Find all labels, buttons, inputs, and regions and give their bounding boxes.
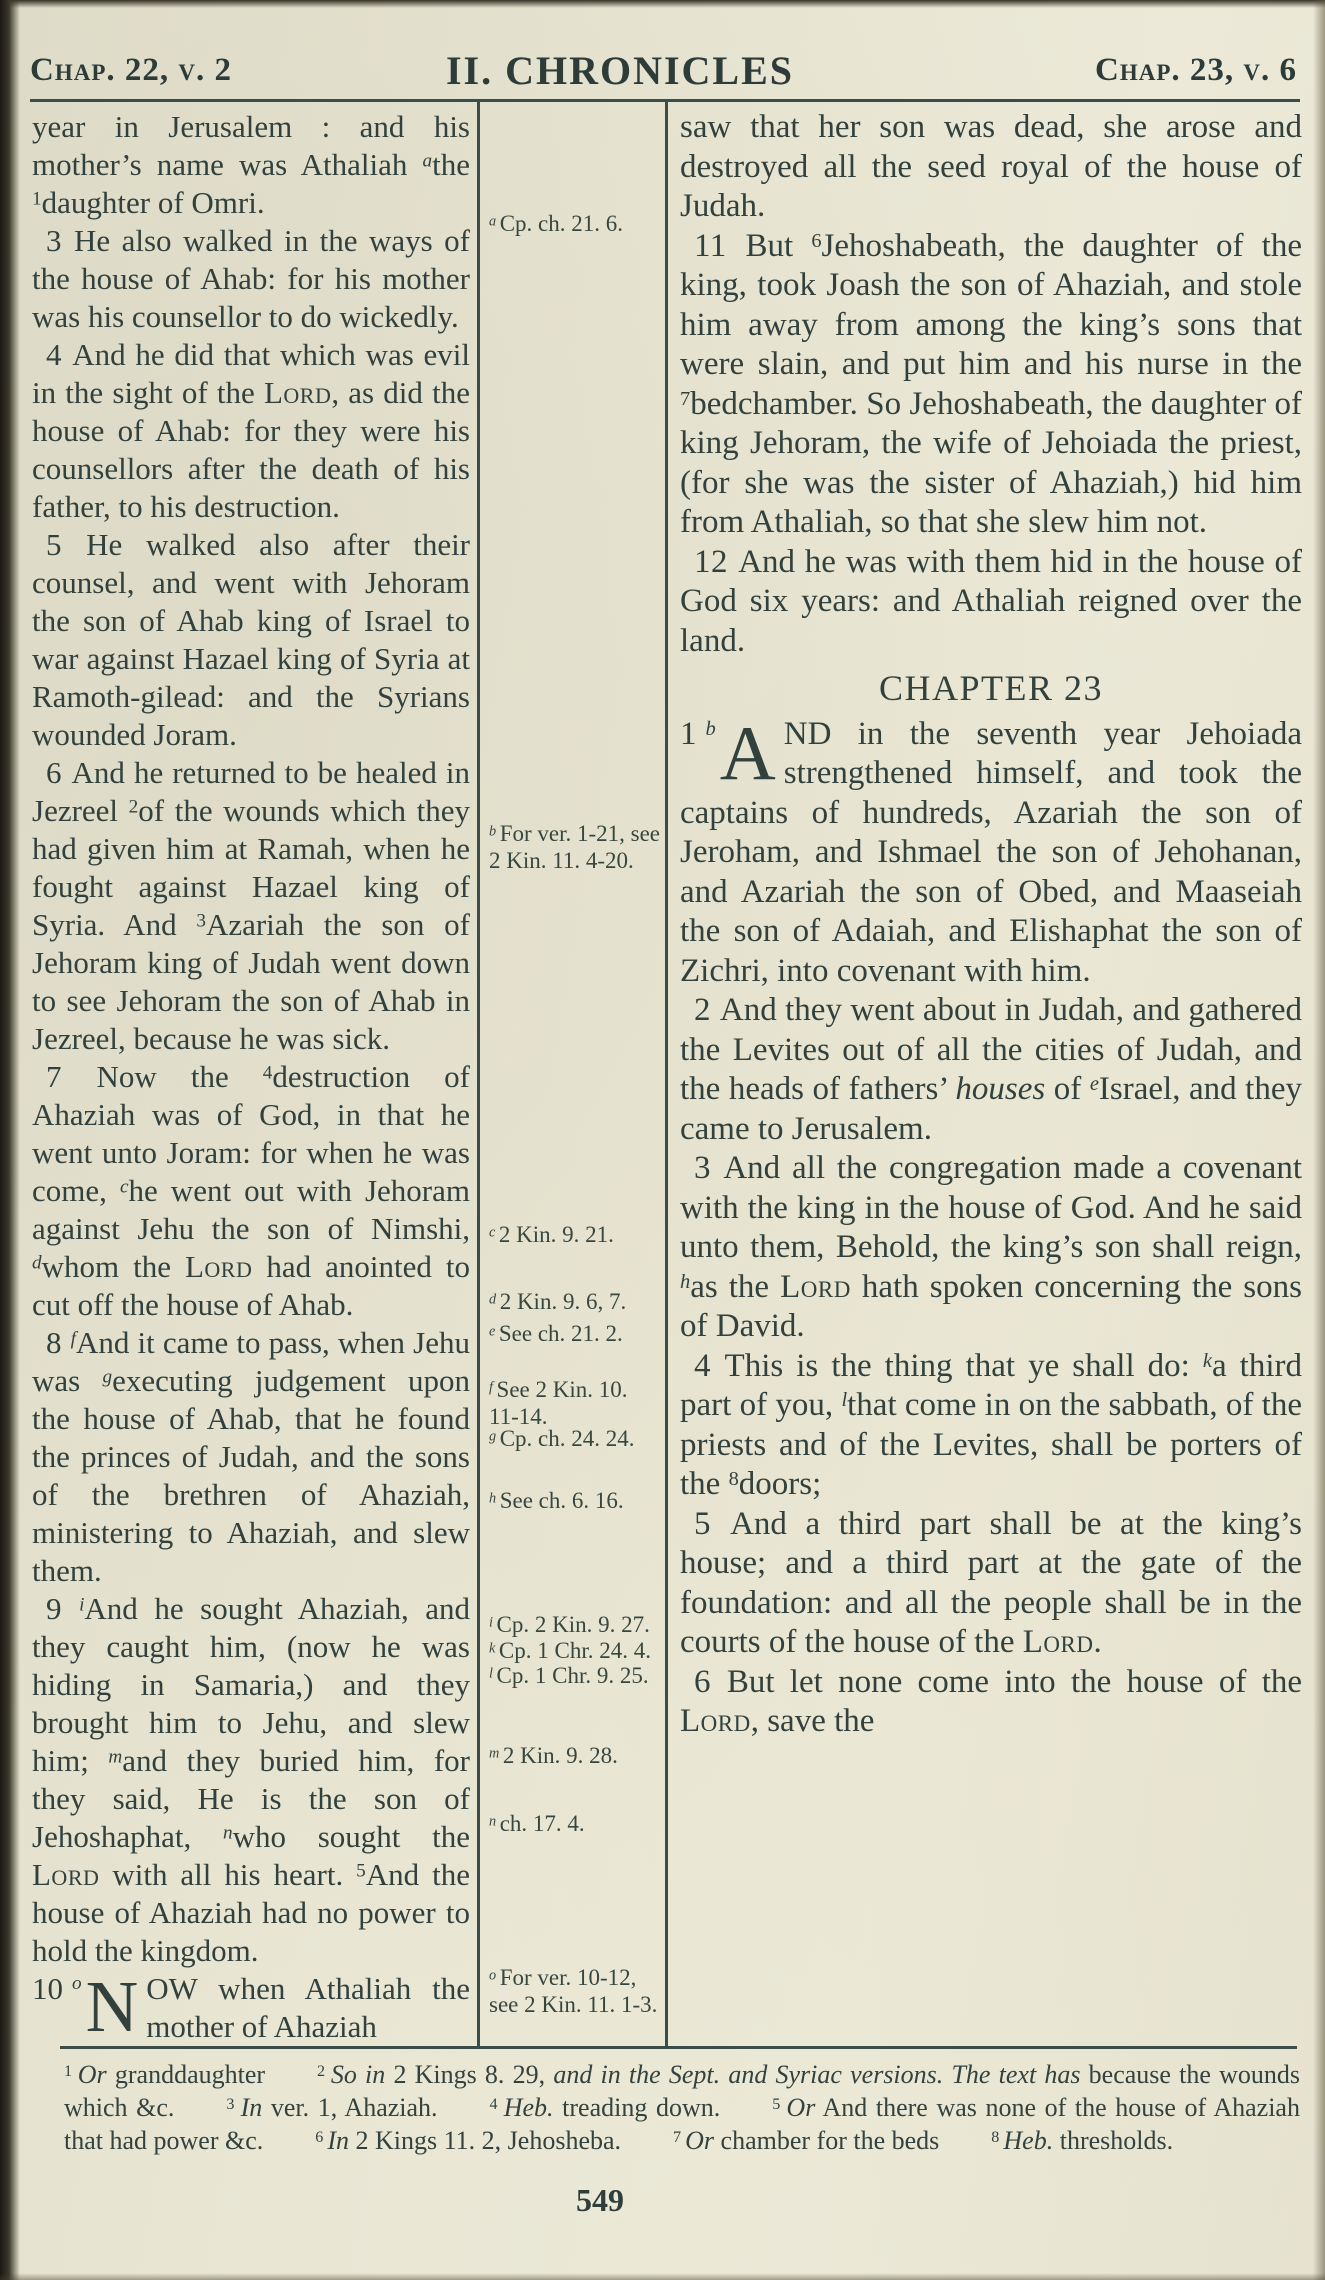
reference-marker: d [489,1291,500,1307]
scanned-bible-page: Chap. 22, v. 2 II. CHRONICLES Chap. 23, … [0,0,1325,2280]
verse-paragraph: 9 iAnd he sought Ahaziah, and they caugh… [32,1590,470,1970]
text-segment: This is the thing that ye shall do: [725,1348,1203,1384]
text-segment: 2 Kings 8. 29, [385,2060,553,2089]
page-number: 549 [0,2182,1200,2219]
reference-marker: o [489,1967,500,1983]
reference-text: 2 Kin. 9. 21. [499,1222,614,1247]
reference-text: 2 Kin. 9. 28. [503,1743,618,1768]
cross-reference: b For ver. 1-21, see 2 Kin. 11. 4-20. [489,820,661,874]
reference-marker: k [489,1640,499,1656]
reference-marker: e [489,1323,499,1339]
right-text-column: saw that her son was dead, she arose and… [680,108,1302,2046]
lord-small-caps: Lord [185,1249,252,1284]
verse-number: 3 [46,223,74,258]
book-title: II. CHRONICLES [320,47,920,94]
reference-marker: a [423,150,433,171]
lord-small-caps: Lord [780,1269,851,1305]
left-text-column: year in Jerusalem : and his mother’s nam… [32,108,470,2046]
running-head-right: Chap. 23, v. 6 [1095,52,1297,89]
reference-marker: g [489,1428,500,1444]
text-segment: And a third part shall be at the king’s … [680,1506,1302,1661]
reference-marker: m [108,1746,122,1767]
drop-cap: A [720,715,784,789]
text-segment: of [1045,1071,1090,1107]
verse-number: 8 [46,1325,71,1360]
reference-text: See 2 Kin. 10. 11-14. [489,1377,628,1429]
reference-text: Cp. 1 Chr. 9. 25. [497,1663,649,1688]
column-divider-right [665,102,668,2046]
verse-paragraph: 6 And he returned to be healed in Jezree… [32,754,470,1058]
text-segment: In [241,2093,263,2122]
reference-marker: n [489,1813,500,1829]
reference-marker: a [489,213,500,229]
verse-number: 11 [694,228,745,264]
cross-reference: n ch. 17. 4. [489,1810,661,1837]
verse-number: 10 [32,1970,63,2008]
verse-paragraph: 4 And he did that which was evil in the … [32,336,470,526]
verse-paragraph: 11 But 6Jehoshabeath, the daughter of th… [680,227,1302,543]
text-segment: chamber for the beds [714,2126,991,2155]
verse-paragraph: 7 Now the 4destruction of Ahaziah was of… [32,1058,470,1324]
cross-reference: o For ver. 10-12, see 2 Kin. 11. 1-3. [489,1964,661,2018]
cross-reference-column: a Cp. ch. 21. 6.b For ver. 1-21, see 2 K… [489,102,661,2046]
reference-marker: 1 [64,2063,78,2080]
reference-marker: d [32,1252,42,1273]
text-segment: 2 Kings 11. 2, Jehosheba. [349,2126,673,2155]
text-segment: Now the [97,1059,263,1094]
verse-number: 4 [694,1348,725,1384]
reference-marker: 3 [226,2096,240,2113]
reference-marker: 6 [315,2129,327,2146]
text-segment: OW when Athaliah the mother of Ahaziah [146,1971,470,2044]
cross-reference: a Cp. ch. 21. 6. [489,210,661,237]
text-segment: who sought the [233,1819,470,1854]
cross-reference: i Cp. 2 Kin. 9. 27. [489,1611,661,1638]
text-segment: And all the congregation made a covenant… [680,1150,1302,1265]
cross-reference: g Cp. ch. 24. 24. [489,1425,661,1452]
reference-text: Cp. ch. 24. 24. [500,1426,635,1451]
cross-reference: d 2 Kin. 9. 6, 7. [489,1288,661,1315]
text-segment: saw that her son was dead, she arose and… [680,109,1302,224]
reference-marker: f [489,1379,497,1395]
text-segment: as the [690,1269,780,1305]
verse-number: 7 [46,1059,97,1094]
text-segment: whom the [42,1249,185,1284]
verse-paragraph: 12 And he was with them hid in the house… [680,543,1302,662]
verse-number: 12 [694,544,738,580]
text-segment: Heb. [504,2093,554,2122]
reference-marker: 1 [32,188,42,209]
reference-marker: h [489,1490,500,1506]
cross-reference: f See 2 Kin. 10. 11-14. [489,1376,661,1430]
verse-number: 3 [694,1150,723,1186]
reference-marker: e [1090,1073,1099,1095]
text-segment: houses [955,1071,1045,1107]
reference-marker: g [102,1366,112,1387]
cross-reference: e See ch. 21. 2. [489,1320,661,1347]
verse-paragraph: 4 This is the thing that ye shall do: ka… [680,1347,1302,1505]
verse-paragraph: saw that her son was dead, she arose and… [680,108,1302,227]
reference-marker: k [1203,1349,1212,1371]
cross-reference: m 2 Kin. 9. 28. [489,1742,661,1769]
verse-number: 5 [694,1506,730,1542]
verse-number: 1 [680,715,697,755]
column-divider-left [477,102,480,2046]
reference-text: See ch. 21. 2. [499,1321,623,1346]
text-segment: ver. 1, Ahaziah. [262,2093,489,2122]
text-segment: year in Jerusalem : and his mother’s nam… [32,109,470,182]
verse-paragraph: 3 He also walked in the ways of the hous… [32,222,470,336]
text-segment: bedchamber. So Jehoshabeath, the daughte… [680,386,1302,541]
verse-paragraph: year in Jerusalem : and his mother’s nam… [32,108,470,222]
text-segment: and in the Sept. and Syriac versions. Th… [553,2060,1080,2089]
verse-number: 4 [46,337,72,372]
verse-paragraph: 5 And a third part shall be at the king’… [680,1505,1302,1663]
reference-marker: 8 [991,2129,1003,2146]
lord-small-caps: Lord [264,375,331,410]
reference-marker: i [489,1614,497,1630]
reference-marker: 3 [196,910,206,931]
reference-marker: b [489,823,500,839]
text-segment: He also walked in the ways of the house … [32,223,470,334]
reference-marker: 5 [772,2096,786,2113]
text-segment: Or [786,2093,815,2122]
cross-reference: l Cp. 1 Chr. 9. 25. [489,1662,661,1689]
reference-text: For ver. 10-12, see 2 Kin. 11. 1-3. [489,1965,657,2017]
reference-marker: 2 [317,2063,331,2080]
verse-paragraph: 3 And all the congregation made a covena… [680,1149,1302,1347]
reference-marker: c [489,1224,499,1240]
reference-marker: 7 [673,2129,685,2146]
text-segment: daughter of Omri. [42,185,265,220]
cross-reference: h See ch. 6. 16. [489,1487,661,1514]
text-segment: In [327,2126,349,2155]
text-segment: But [745,228,811,264]
reference-marker: n [223,1822,233,1843]
reference-marker: 8 [729,1468,739,1490]
reference-text: Cp. 1 Chr. 24. 4. [499,1638,651,1663]
text-segment: But let none come into the house of the [727,1664,1302,1700]
reference-marker: l [489,1665,497,1681]
verse-paragraph: 1bAND in the seventh year Jehoiada stren… [680,715,1302,992]
text-segment: So in [331,2060,385,2089]
reference-text: Cp. 2 Kin. 9. 27. [497,1612,650,1637]
verse-paragraph: 2 And they went about in Judah, and gath… [680,991,1302,1149]
page-right-edge-shadow [1313,0,1325,2280]
reference-marker: h [680,1270,690,1292]
reference-marker: 6 [811,229,821,251]
reference-marker: 4 [263,1062,273,1083]
reference-text: For ver. 1-21, see 2 Kin. 11. 4-20. [489,821,660,873]
lord-small-caps: Lord [680,1703,751,1739]
text-segment: the [432,147,470,182]
text-segment: with all his heart. [99,1857,356,1892]
verse-number: 2 [694,992,720,1028]
text-segment: Or [78,2060,107,2089]
footnote-rule [60,2046,1297,2049]
text-segment: granddaughter [107,2060,317,2089]
reference-marker: o [72,1974,82,1993]
running-head-left: Chap. 22, v. 2 [30,52,232,89]
text-segment: . [1093,1624,1101,1660]
reference-text: Cp. ch. 21. 6. [500,211,623,236]
text-segment: Or [685,2126,714,2155]
reference-marker: m [489,1745,503,1761]
text-segment: He walked also after their counsel, and … [32,527,470,752]
cross-reference: k Cp. 1 Chr. 24. 4. [489,1637,661,1664]
reference-marker: 5 [356,1860,366,1881]
page-bottom-edge-shadow [0,2273,1325,2280]
reference-text: ch. 17. 4. [500,1811,585,1836]
verse-paragraph: 5 He walked also after their counsel, an… [32,526,470,754]
verse-number: 9 [46,1591,79,1626]
text-segment: Heb. [1003,2126,1053,2155]
verse-number: 5 [46,527,86,562]
verse-number: 6 [694,1664,727,1700]
lord-small-caps: Lord [32,1857,99,1892]
reference-marker: 7 [680,387,690,409]
reference-marker: 4 [490,2096,504,2113]
reference-marker: 2 [129,796,139,817]
cross-reference: c 2 Kin. 9. 21. [489,1221,661,1248]
text-segment: , save the [751,1703,875,1739]
text-segment: treading down. [554,2093,773,2122]
verse-paragraph: 8 fAnd it came to pass, when Jehu was ge… [32,1324,470,1590]
page-left-edge-shadow [0,0,20,2280]
chapter-heading: CHAPTER 23 [680,669,1302,709]
verse-number: 6 [46,755,72,790]
reference-text: See ch. 6. 16. [500,1488,624,1513]
drop-cap: N [86,1970,147,2040]
text-segment: thresholds. [1053,2126,1173,2155]
reference-text: 2 Kin. 9. 6, 7. [500,1289,627,1314]
lord-small-caps: Lord [1023,1624,1094,1660]
page-top-edge-shadow [0,0,1325,8]
footnotes-block: 1 Or granddaughter 2 So in 2 Kings 8. 29… [64,2058,1300,2157]
verse-paragraph: 6 But let none come into the house of th… [680,1663,1302,1742]
verse-paragraph: 10oNOW when Athaliah the mother of Ahazi… [32,1970,470,2046]
text-segment: doors; [739,1466,822,1502]
reference-marker: b [706,719,716,739]
text-segment: And he was with them hid in the house of… [680,544,1302,659]
